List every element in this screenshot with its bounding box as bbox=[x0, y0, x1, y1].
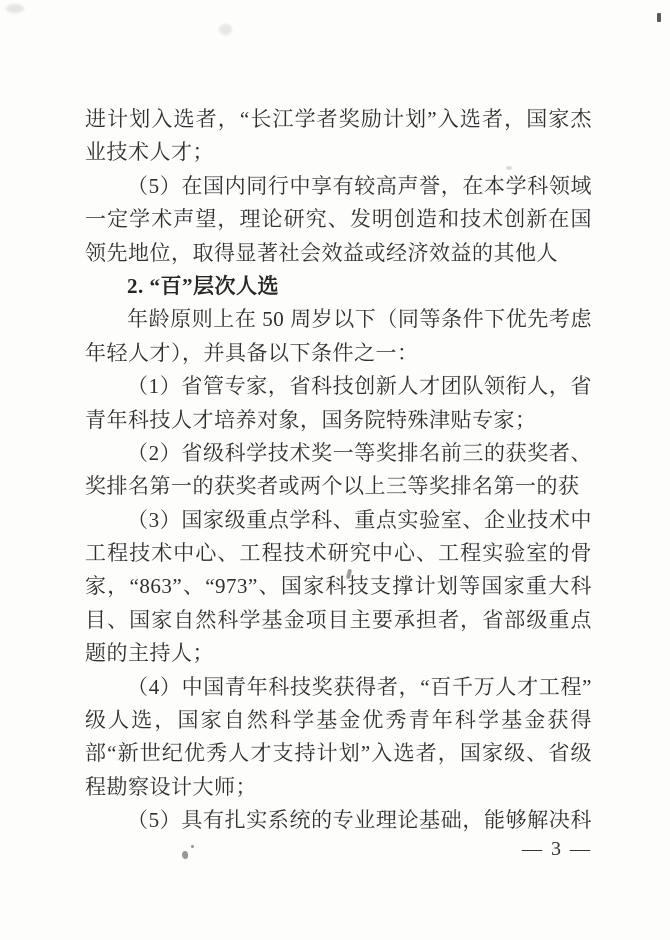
text-line: 青年科技人才培养对象，国务院特殊津贴专家； bbox=[85, 404, 592, 437]
text-line: 家，“863”、“973”、国家科技支撑计划等国家重大科研项 bbox=[85, 570, 592, 603]
scanned-document-page: 进计划入选者，“长江学者奖励计划”入选者，国家杰出专业技术人才；（5）在国内同行… bbox=[0, 0, 670, 940]
text-line: （5）具有扎实系统的专业理论基础，能够解决科研、 bbox=[85, 804, 592, 837]
text-line: 进计划入选者，“长江学者奖励计划”入选者，国家杰出专 bbox=[85, 103, 592, 136]
text-line: 目、国家自然科学基金项目主要承担者，省部级重点科研课 bbox=[85, 604, 592, 637]
scan-speck bbox=[182, 851, 188, 859]
text-line: 工程技术中心、工程技术研究中心、工程实验室的骨干专 bbox=[85, 537, 592, 570]
scan-speck bbox=[191, 845, 194, 848]
text-line: 年轻人才），并具备以下条件之一： bbox=[85, 337, 592, 370]
text-line: 一定学术声望，理论研究、发明创造和技术创新在国内处于 bbox=[85, 203, 592, 236]
text-line: （5）在国内同行中享有较高声誉，在本学科领域具有 bbox=[85, 170, 592, 203]
text-line: 程勘察设计大师； bbox=[85, 771, 592, 804]
text-line: 部“新世纪优秀人才支持计划”入选者，国家级、省级工 bbox=[85, 737, 592, 770]
text-line: 年龄原则上在 50 周岁以下（同等条件下优先考虑优秀 bbox=[85, 303, 592, 336]
text-line: 奖排名第一的获奖者或两个以上三等奖排名第一的获奖者； bbox=[85, 470, 592, 503]
scan-speck bbox=[6, 4, 24, 13]
text-line: （3）国家级重点学科、重点实验室、企业技术中心、 bbox=[85, 504, 592, 537]
document-body: 进计划入选者，“长江学者奖励计划”入选者，国家杰出专业技术人才；（5）在国内同行… bbox=[85, 103, 592, 838]
text-line: 级人选，国家自然科学基金优秀青年科学基金获得者，教育 bbox=[85, 704, 592, 737]
scan-speck bbox=[219, 24, 232, 35]
text-line: （4）中国青年科技奖获得者，“百千万人才工程”国家 bbox=[85, 671, 592, 704]
text-line: （1）省管专家，省科技创新人才团队领衔人，省优秀 bbox=[85, 370, 592, 403]
page-number: — 3 — bbox=[522, 838, 592, 861]
text-line: 题的主持人； bbox=[85, 637, 592, 670]
text-line: 领先地位，取得显著社会效益或经济效益的其他人才。 bbox=[85, 237, 592, 270]
section-heading: 2. “百”层次人选 bbox=[85, 270, 592, 303]
text-line: （2）省级科学技术奖一等奖排名前三的获奖者、二等 bbox=[85, 437, 592, 470]
text-line: 业技术人才； bbox=[85, 136, 592, 169]
scan-speck bbox=[657, 13, 661, 22]
